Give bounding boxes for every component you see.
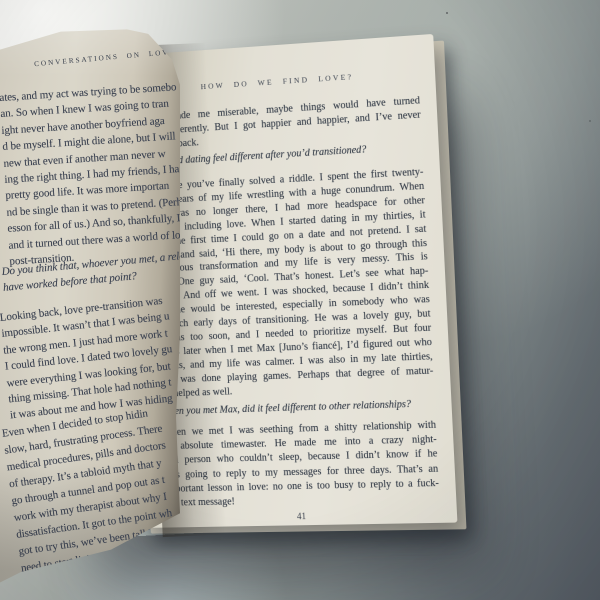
dust-speck (446, 12, 448, 14)
left-paragraph-1: ates, and my act was trying to be somebo… (0, 79, 187, 270)
left-page: CONVERSATIONS ON LOVE ates, and my act w… (0, 26, 180, 586)
left-running-header: CONVERSATIONS ON LOVE (25, 47, 185, 69)
book-photo: HOW DO WE FIND LOVE? had made me miserab… (0, 0, 600, 600)
